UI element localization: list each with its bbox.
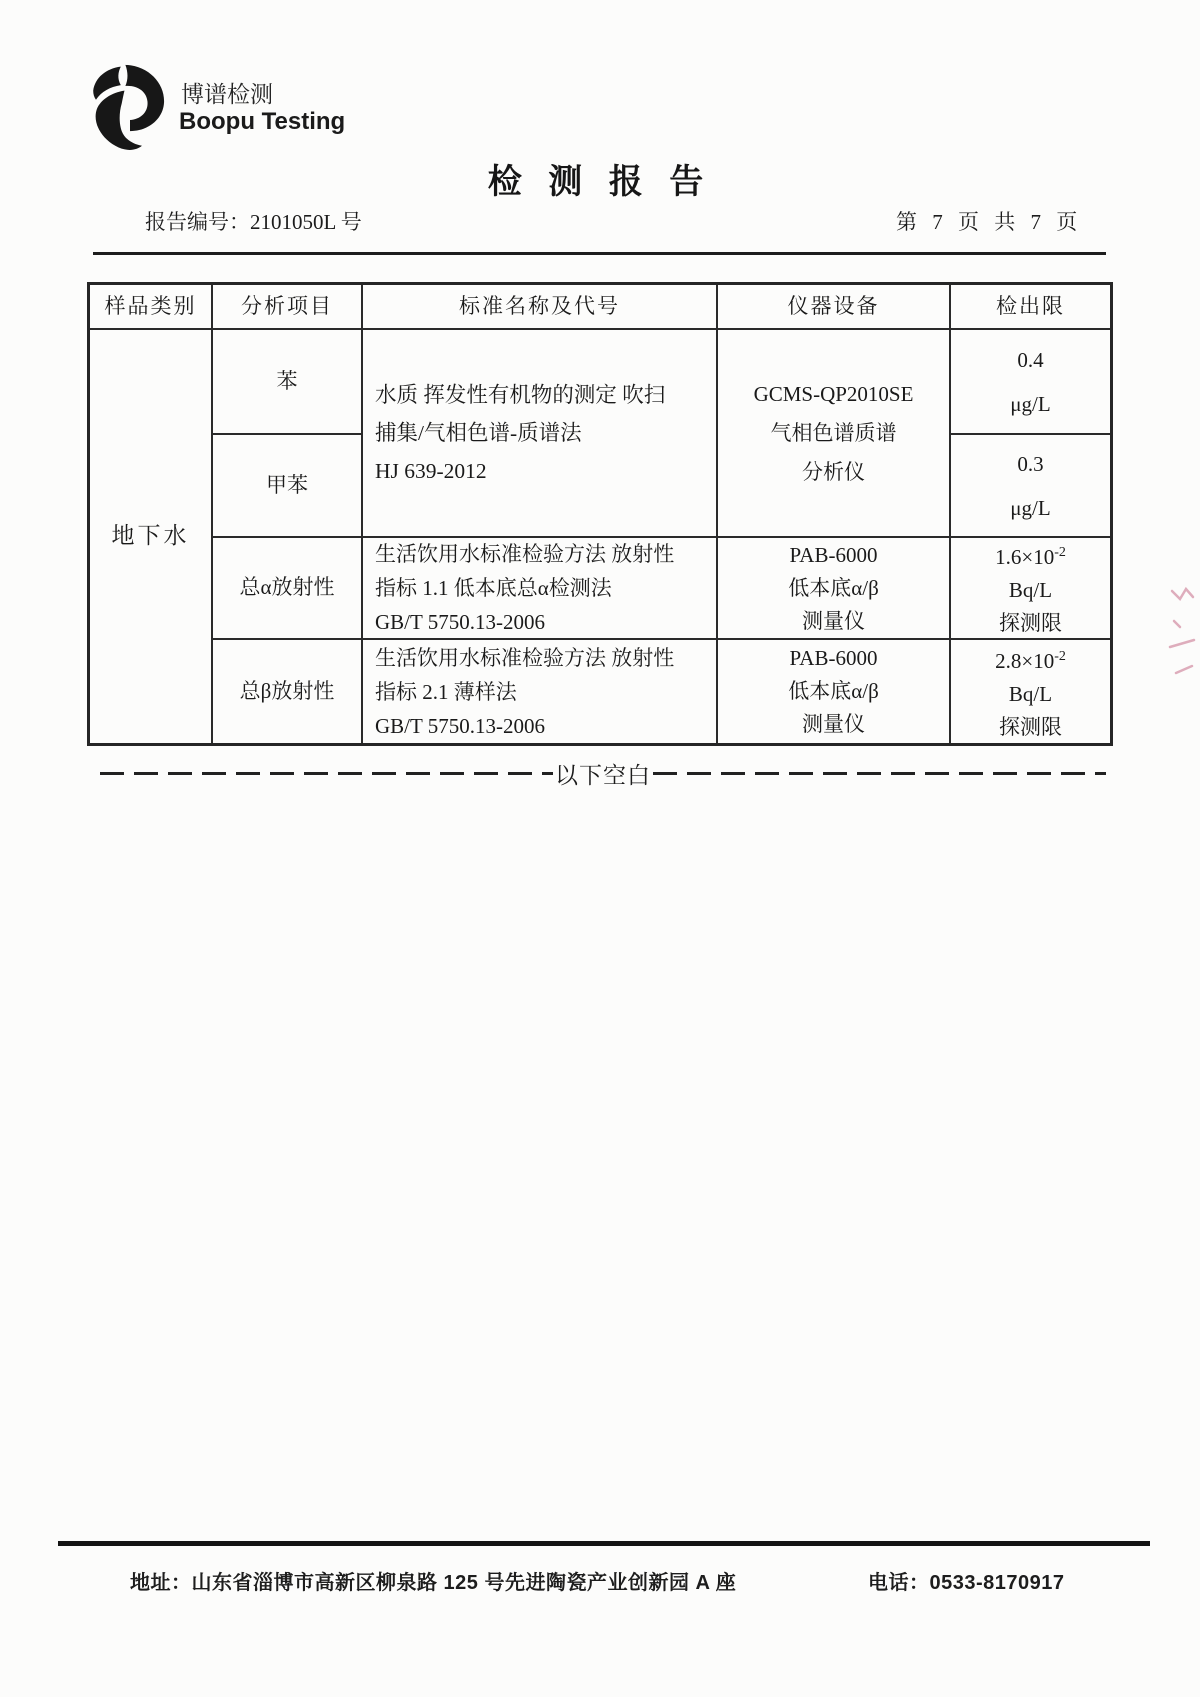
dash-line-left [100, 772, 553, 775]
item-total-alpha: 总α放射性 [213, 538, 363, 640]
limit-toluene-value: 0.3 [1010, 442, 1050, 486]
instrument-beta-line2: 低本底α/β [788, 675, 879, 708]
footer-address: 地址：山东省淄博市高新区柳泉路 125 号先进陶瓷产业创新园 A 座 [130, 1566, 736, 1595]
instrument-beta-line1: PAB-6000 [788, 642, 879, 675]
report-number: 报告编号：2101050L 号 [145, 206, 362, 236]
standard-alpha-line1: 生活饮用水标准检验方法 放射性 [375, 537, 674, 571]
limit-benzene-unit: μg/L [1010, 382, 1050, 426]
limit-toluene-unit: μg/L [1010, 486, 1050, 530]
item-total-beta: 总β放射性 [213, 640, 363, 743]
col-header-sample-category: 样品类别 [90, 285, 213, 330]
standard-voc: 水质 挥发性有机物的测定 吹扫 捕集/气相色谱-质谱法 HJ 639-2012 [363, 330, 718, 538]
logo-brand-chinese: 博谱检测 [181, 76, 273, 109]
blank-below-label: 以下空白 [553, 757, 653, 790]
standard-voc-line2: 捕集/气相色谱-质谱法 [375, 414, 665, 452]
standard-beta-line2: 指标 2.1 薄样法 [375, 675, 674, 709]
limit-alpha-unit: Bq/L [995, 574, 1066, 607]
col-header-instrument: 仪器设备 [718, 285, 951, 330]
standard-alpha: 生活饮用水标准检验方法 放射性 指标 1.1 低本底总α检测法 GB/T 575… [363, 538, 718, 640]
instrument-alpha-line3: 测量仪 [788, 605, 879, 638]
limit-beta-note: 探测限 [995, 711, 1066, 744]
item-benzene: 苯 [213, 330, 363, 435]
blank-below-divider: 以下空白 [100, 757, 1106, 790]
standard-voc-line1: 水质 挥发性有机物的测定 吹扫 [375, 376, 665, 414]
pink-scribble-artifact [1166, 583, 1200, 693]
limit-beta-value: 2.8×10-2 [995, 640, 1066, 678]
standard-voc-line3: HJ 639-2012 [375, 452, 665, 490]
sample-category-groundwater: 地下水 [90, 330, 213, 743]
limit-beta-exponent: -2 [1054, 649, 1066, 664]
standard-beta: 生活饮用水标准检验方法 放射性 指标 2.1 薄样法 GB/T 5750.13-… [363, 640, 718, 743]
instrument-gcms: GCMS-QP2010SE 气相色谱质谱 分析仪 [718, 330, 951, 538]
instrument-beta: PAB-6000 低本底α/β 测量仪 [718, 640, 951, 743]
col-header-detection-limit: 检出限 [951, 285, 1110, 330]
col-header-analysis-item: 分析项目 [213, 285, 363, 330]
item-toluene: 甲苯 [213, 435, 363, 538]
limit-beta-base: 2.8×10 [995, 649, 1054, 673]
standard-beta-line3: GB/T 5750.13-2006 [375, 709, 674, 743]
instrument-alpha-line1: PAB-6000 [788, 539, 879, 572]
page-title: 检 测 报 告 [0, 154, 1200, 203]
page-number: 第 7 页 共 7 页 [896, 206, 1082, 236]
footer-phone: 电话：0533-8170917 [868, 1566, 1065, 1595]
instrument-gcms-line3: 分析仪 [754, 453, 914, 492]
limit-beta-unit: Bq/L [995, 678, 1066, 711]
boopu-logo-icon [84, 62, 176, 156]
limit-alpha-note: 探测限 [995, 607, 1066, 640]
standard-beta-line1: 生活饮用水标准检验方法 放射性 [375, 641, 674, 675]
instrument-gcms-line1: GCMS-QP2010SE [754, 375, 914, 414]
limit-alpha-base: 1.6×10 [995, 545, 1054, 569]
limit-beta: 2.8×10-2 Bq/L 探测限 [951, 640, 1110, 743]
standard-alpha-line3: GB/T 5750.13-2006 [375, 605, 674, 639]
logo-brand-english: Boopu Testing [179, 108, 345, 136]
test-methods-table: 样品类别 分析项目 标准名称及代号 仪器设备 检出限 地下水 苯 水质 挥发性有… [87, 282, 1113, 746]
footer-rule [58, 1541, 1150, 1546]
instrument-alpha-line2: 低本底α/β [788, 572, 879, 605]
instrument-beta-line3: 测量仪 [788, 708, 879, 741]
limit-alpha-value: 1.6×10-2 [995, 536, 1066, 574]
limit-alpha-exponent: -2 [1054, 545, 1066, 560]
limit-toluene: 0.3 μg/L [951, 435, 1110, 538]
header-rule [93, 252, 1106, 255]
limit-benzene-value: 0.4 [1010, 338, 1050, 382]
report-page: 博谱检测 Boopu Testing 检 测 报 告 报告编号：2101050L… [0, 0, 1200, 1697]
standard-alpha-line2: 指标 1.1 低本底总α检测法 [375, 571, 674, 605]
limit-benzene: 0.4 μg/L [951, 330, 1110, 435]
col-header-standard-name: 标准名称及代号 [363, 285, 718, 330]
limit-alpha: 1.6×10-2 Bq/L 探测限 [951, 538, 1110, 640]
instrument-gcms-line2: 气相色谱质谱 [754, 414, 914, 453]
instrument-alpha: PAB-6000 低本底α/β 测量仪 [718, 538, 951, 640]
dash-line-right [653, 772, 1106, 775]
